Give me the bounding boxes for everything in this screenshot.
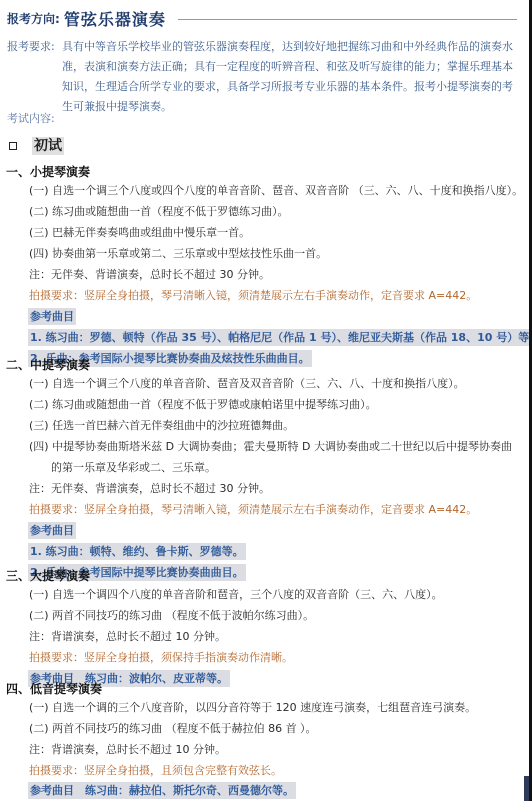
- section-title: 四、低音提琴演奏: [6, 680, 102, 698]
- requirements-block: 报考要求: 具有中等音乐学校毕业的管弦乐器演奏程度，达到较好地把握练习曲和中外经…: [7, 37, 519, 117]
- exam-item-continuation: 的第一乐章及华彩或二、三乐章。: [51, 459, 216, 477]
- reference-line: 参考曲目 练习曲：赫拉伯、斯托尔奇、西曼德尔等。: [28, 782, 296, 799]
- note-text: 注：无伴奏、背谱演奏，总时长不超过 30 分钟。: [29, 266, 270, 284]
- requirements-text: 具有中等音乐学校毕业的管弦乐器演奏程度，达到较好地把握练习曲和中外经典作品的演奏…: [62, 37, 519, 117]
- exam-item: (四) 中提琴协奏曲斯塔米兹 D 大调协奏曲；霍夫曼斯特 D 大调协奏曲或二十世…: [29, 438, 512, 456]
- exam-item: (一) 自选一个调的三个八度音阶，以四分音符等于 120 速度连弓演奏，七组琶音…: [29, 699, 476, 717]
- note-text: 注：背谱演奏，总时长不超过 10 分钟。: [29, 628, 226, 646]
- exam-item: (三) 任选一首巴赫六首无伴奏组曲中的沙拉班德舞曲。: [29, 417, 294, 435]
- page-header: 报考方向: 管弦乐器演奏: [7, 6, 517, 30]
- note-text: 注：无伴奏、背谱演奏，总时长不超过 30 分钟。: [29, 480, 270, 498]
- section-title: 二、中提琴演奏: [6, 356, 90, 374]
- exam-item: (二) 练习曲或随想曲一首（程度不低于罗德或康帕诺里中提琴练习曲）。: [29, 396, 377, 414]
- exam-item: (二) 两首不同技巧的练习曲 （程度不低于赫拉伯 86 首 ）。: [29, 720, 317, 738]
- exam-item: (四) 协奏曲第一乐章或第二、三乐章或中型炫技性乐曲一首。: [29, 245, 327, 263]
- checkbox-bullet-icon: [9, 142, 17, 150]
- section-title: 三、大提琴演奏: [6, 567, 90, 585]
- exam-item: (二) 两首不同技巧的练习曲 （程度不低于波帕尔练习曲）。: [29, 607, 314, 625]
- reference-item: 1. 练习曲：顿特、维约、鲁卡斯、罗德等。: [28, 543, 246, 560]
- photo-requirement: 拍摄要求：竖屏全身拍摄，且须包含完整有效弦长。: [29, 762, 282, 780]
- photo-requirement: 拍摄要求：竖屏全身拍摄，琴弓清晰入镜，须清楚展示左右手演奏动作，定音要求 A=4…: [29, 287, 477, 305]
- exam-item: (一) 自选一个调四个八度的单音音阶和琶音，三个八度的双音音阶（三、六、八度）。: [29, 586, 443, 604]
- requirements-line: 准，表演和演奏方法正确；具有一定程度的听辨音程、和弦及听写旋律的能力；掌握乐理基…: [62, 57, 519, 77]
- requirements-line: 生可兼报中提琴演奏。: [62, 97, 519, 117]
- section-title: 一、小提琴演奏: [6, 163, 90, 181]
- exam-item: (一) 自选一个调三个八度或四个八度的单音音阶、琶音、双音音阶 （三、六、八、十…: [29, 182, 523, 200]
- header-divider: [178, 19, 517, 20]
- header-label: 报考方向:: [7, 10, 60, 27]
- exam-item: (一) 自选一个调三个八度的单音音阶、琶音及双音音阶（三、六、八、十度和换指八度…: [29, 375, 465, 393]
- page-title: 管弦乐器演奏: [64, 7, 166, 30]
- note-text: 注：背谱演奏，总时长不超过 10 分钟。: [29, 741, 226, 759]
- requirements-label: 报考要求:: [7, 37, 62, 117]
- exam-item: (二) 练习曲或随想曲一首（程度不低于罗德练习曲）。: [29, 203, 289, 221]
- photo-requirement: 拍摄要求：竖屏全身拍摄，琴弓清晰入镜，须清楚展示左右手演奏动作，定音要求 A=4…: [29, 501, 477, 519]
- exam-content-label: 考试内容:: [7, 111, 55, 127]
- reference-item: 1. 练习曲：罗德、顿特（作品 35 号）、帕格尼尼（作品 1 号）、维尼亚夫斯…: [28, 329, 532, 346]
- exam-item: (三) 巴赫无伴奏奏鸣曲或组曲中慢乐章一首。: [29, 224, 250, 242]
- photo-requirement: 拍摄要求：竖屏全身拍摄，须保持手指演奏动作清晰。: [29, 649, 293, 667]
- reference-title: 参考曲目: [28, 522, 76, 539]
- round-title: 初试: [32, 137, 64, 155]
- page-edge-tab: [524, 776, 529, 801]
- reference-title: 参考曲目: [28, 308, 76, 325]
- round-heading: 初试: [9, 136, 64, 156]
- requirements-line: 具有中等音乐学校毕业的管弦乐器演奏程度，达到较好地把握练习曲和中外经典作品的演奏…: [62, 37, 519, 57]
- requirements-line: 知识，生理适合所学专业的要求，具备学习所报考专业乐器的基本条件。报考小提琴演奏的…: [62, 77, 519, 97]
